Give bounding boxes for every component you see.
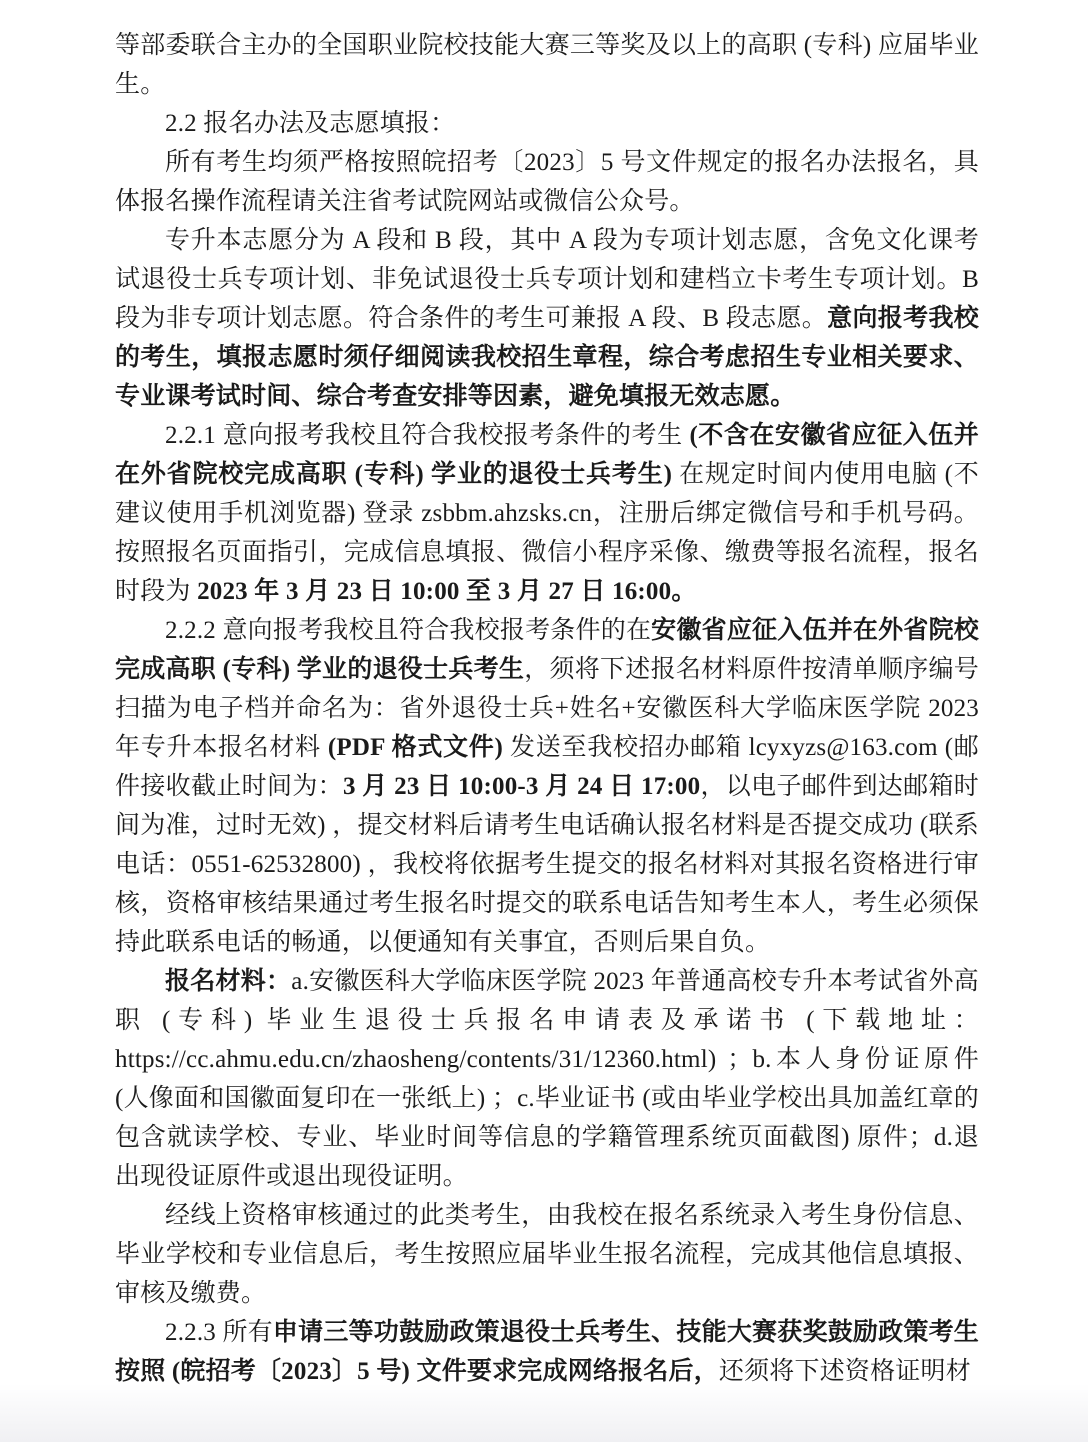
text-run: 2.2 报名办法及志愿填报：: [165, 110, 455, 137]
paragraph: 经线上资格审核通过的此类考生，由我校在报名系统录入考生身份信息、毕业学校和专业信…: [115, 1196, 979, 1313]
text-run-bold: (PDF 格式文件): [328, 734, 503, 761]
text-run: 2.2.3 所有: [165, 1319, 273, 1346]
text-run-bold: 3 月 23 日 10:00-3 月 24 日 17:00: [343, 773, 700, 800]
document-body: 等部委联合主办的全国职业院校技能大赛三等奖及以上的高职 (专科) 应届毕业生。2…: [115, 26, 979, 1391]
paragraph: 报名材料：a.安徽医科大学临床医学院 2023 年普通高校专升本考试省外高职 (…: [115, 962, 979, 1196]
text-run: 2.2.2 意向报考我校且符合我校报考条件的在: [165, 617, 651, 644]
paragraph: 2.2 报名办法及志愿填报：: [115, 104, 979, 143]
text-run: 还须将下述资格证明材: [719, 1358, 971, 1385]
paragraph: 2.2.2 意向报考我校且符合我校报考条件的在安徽省应征入伍并在外省院校完成高职…: [115, 611, 979, 962]
text-run: ，以电子邮件到达邮箱时间为准，过时无效) ，提交材料后请考生电话确认报名材料是否…: [115, 773, 979, 956]
text-run: a.安徽医科大学临床医学院 2023 年普通高校专升本考试省外高职 (专科) 毕…: [115, 968, 979, 1190]
text-run: 所有考生均须严格按照皖招考〔2023〕5 号文件规定的报名办法报名，具体报名操作…: [115, 149, 979, 215]
page-bottom-gradient: [0, 1384, 1088, 1442]
text-run: 2.2.1 意向报考我校且符合我校报考条件的考生: [165, 422, 689, 449]
paragraph: 所有考生均须严格按照皖招考〔2023〕5 号文件规定的报名办法报名，具体报名操作…: [115, 143, 979, 221]
text-run: 等部委联合主办的全国职业院校技能大赛三等奖及以上的高职 (专科) 应届毕业生。: [115, 32, 979, 98]
document-page: 等部委联合主办的全国职业院校技能大赛三等奖及以上的高职 (专科) 应届毕业生。2…: [0, 0, 1088, 1442]
text-run-bold: 申请三等功鼓励政策退役士兵考生、技能大赛获奖鼓励政策考生: [273, 1319, 979, 1346]
paragraph: 2.2.3 所有申请三等功鼓励政策退役士兵考生、技能大赛获奖鼓励政策考生按照 (…: [115, 1313, 979, 1391]
text-run-bold: 2023 年 3 月 23 日 10:00 至 3 月 27 日 16:00。: [197, 578, 696, 605]
text-run-bold: 报名材料：: [165, 968, 291, 995]
paragraph: 2.2.1 意向报考我校且符合我校报考条件的考生 (不含在安徽省应征入伍并在外省…: [115, 416, 979, 611]
text-run: 经线上资格审核通过的此类考生，由我校在报名系统录入考生身份信息、毕业学校和专业信…: [115, 1202, 979, 1307]
text-run-bold: 按照 (皖招考〔2023〕5 号) 文件要求完成网络报名后，: [115, 1358, 719, 1385]
paragraph: 等部委联合主办的全国职业院校技能大赛三等奖及以上的高职 (专科) 应届毕业生。: [115, 26, 979, 104]
paragraph: 专升本志愿分为 A 段和 B 段，其中 A 段为专项计划志愿，含免文化课考试退役…: [115, 221, 979, 416]
